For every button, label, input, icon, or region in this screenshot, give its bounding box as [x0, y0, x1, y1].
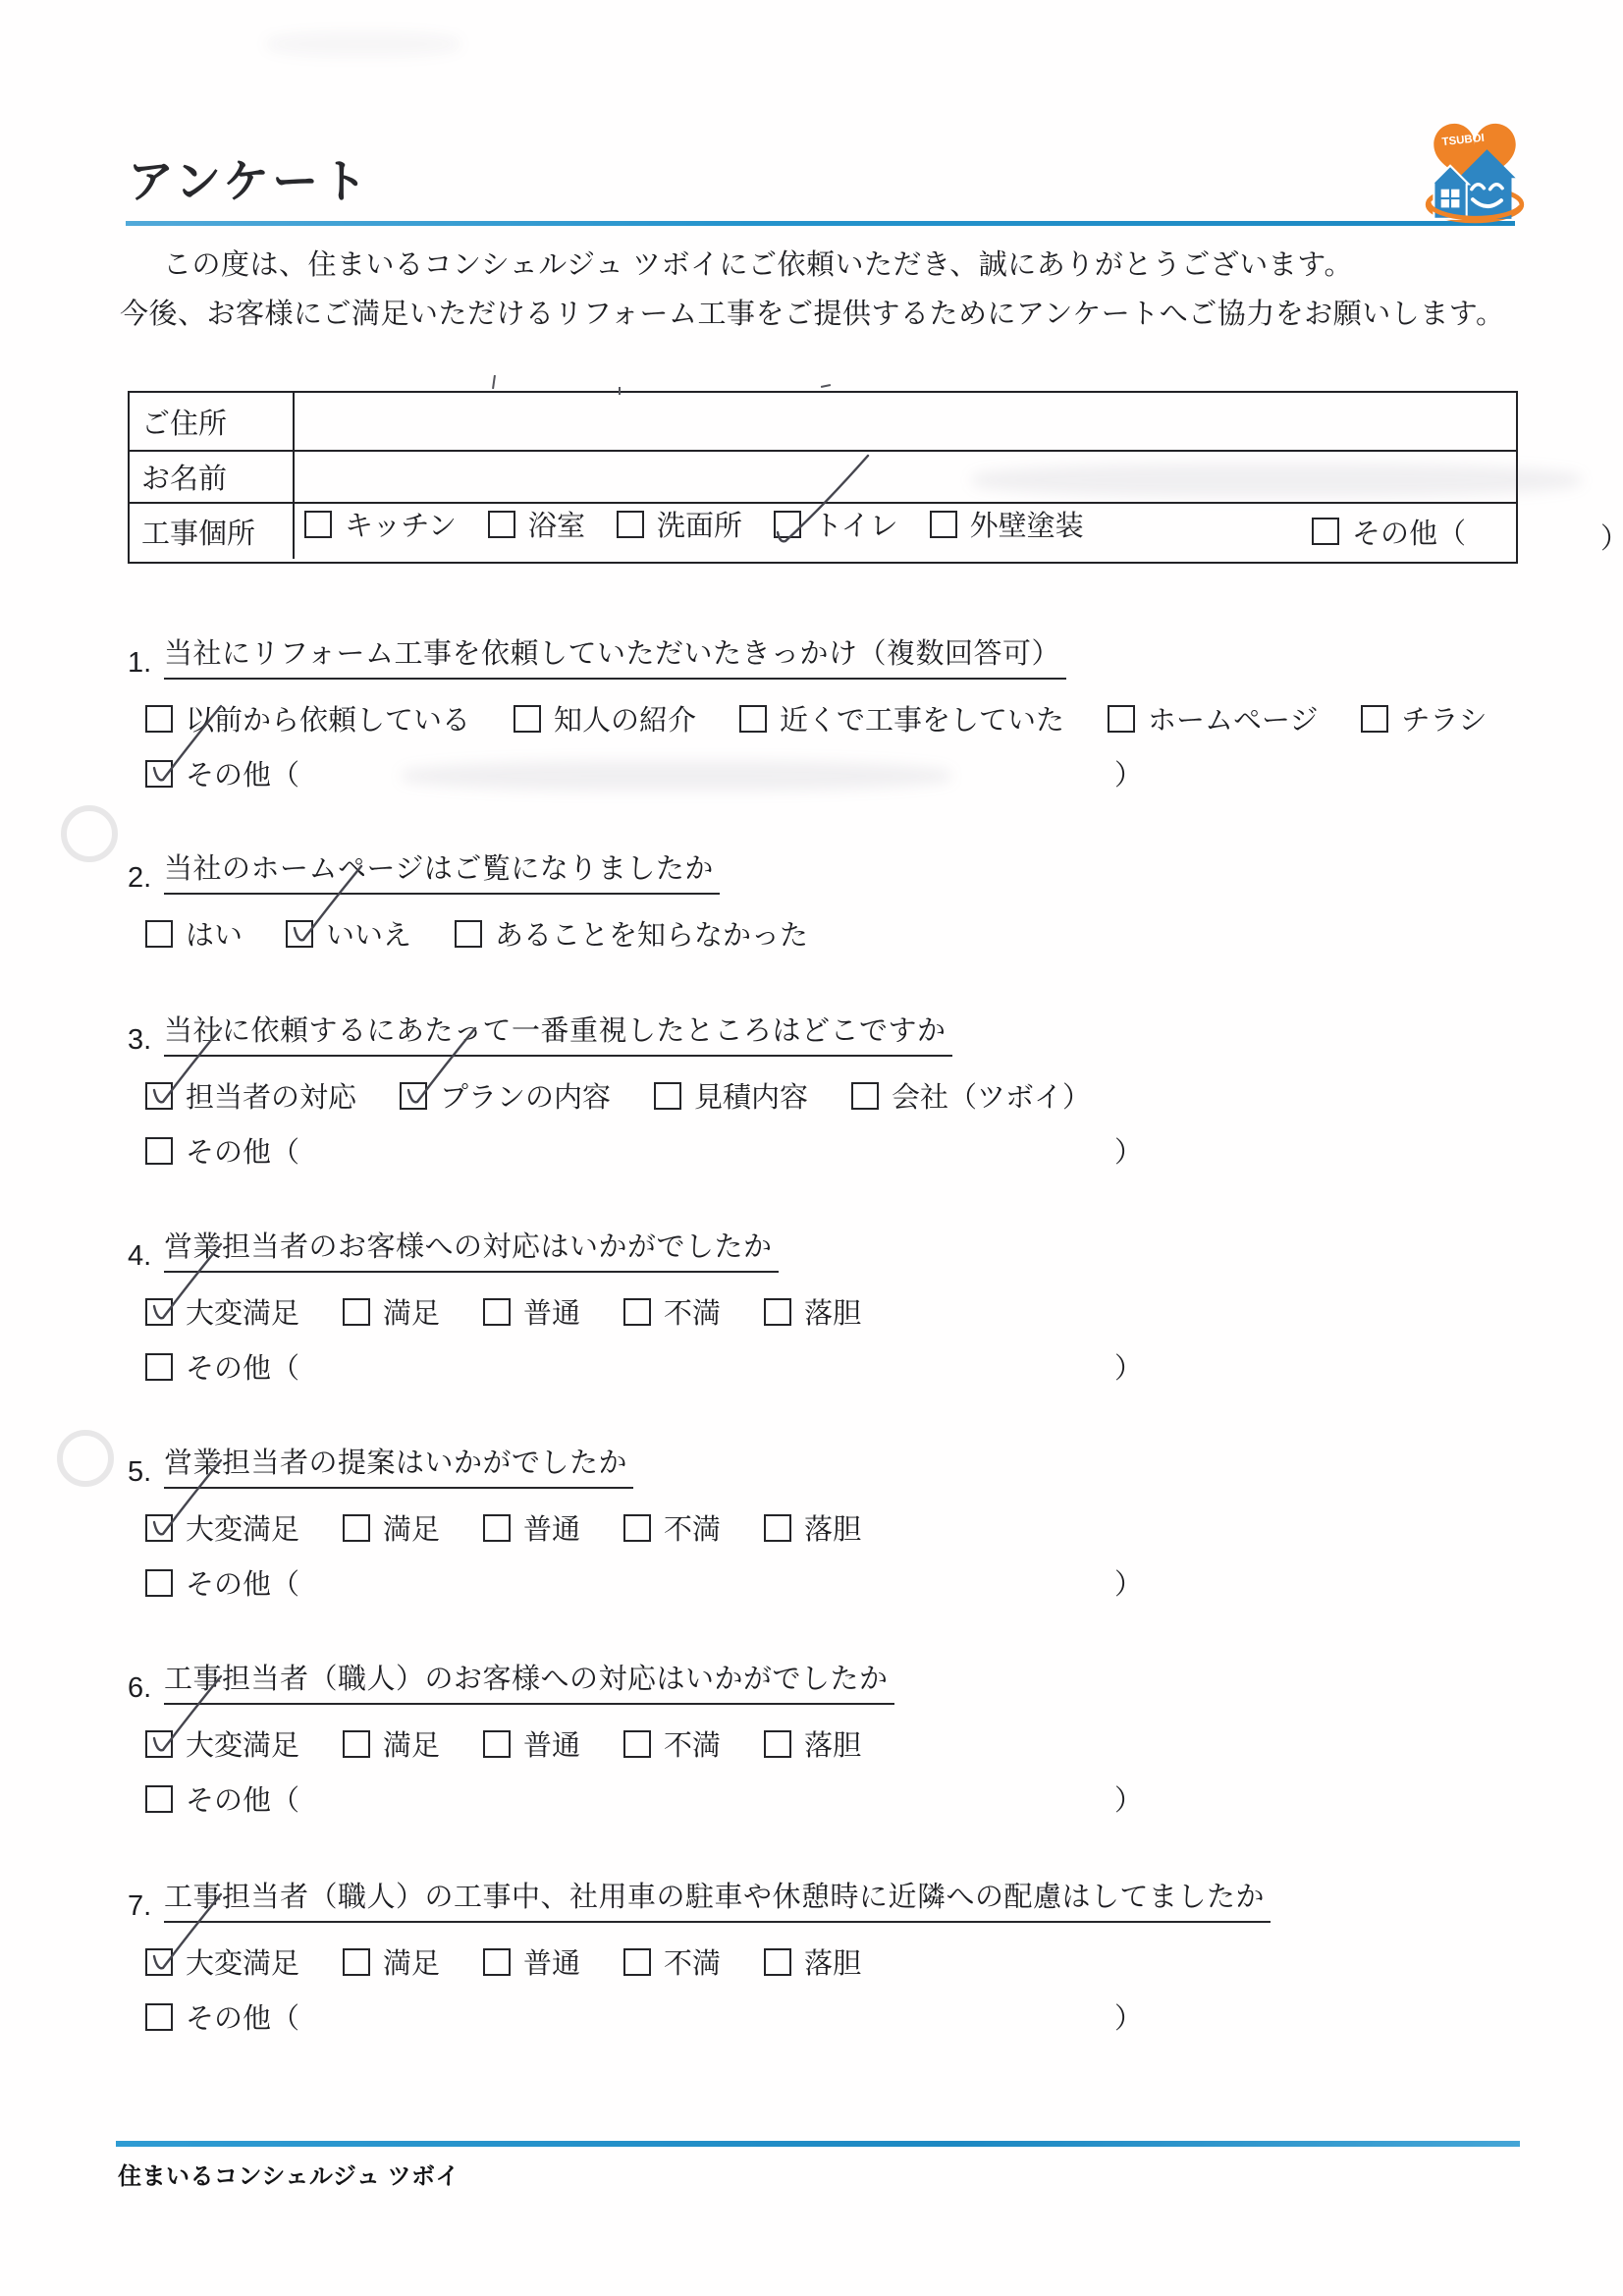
question-title: 5. 営業担当者の提案はいかがでしたか: [128, 1441, 1532, 1489]
option-label: 満足: [383, 1941, 440, 1982]
checkbox-option: 会社（ツボイ）: [851, 1075, 1091, 1116]
checkbox-option: 見積内容: [654, 1075, 808, 1116]
other-close-paren: ）: [1114, 1562, 1143, 1603]
punch-hole-artifact: [61, 805, 118, 862]
checkbox[interactable]: [617, 511, 644, 538]
checkbox-option: はい: [145, 913, 243, 954]
intro-line-2: 今後、お客様にご満足いただけるリフォーム工事をご提供するためにアンケートへご協力…: [120, 292, 1505, 332]
checkbox-option: 大変満足: [145, 1723, 299, 1764]
checkbox[interactable]: [145, 1569, 173, 1597]
question-title: 3. 当社に依頼するにあたって一番重視したところはどこですか: [128, 1009, 1532, 1057]
other-close-paren: ）: [1114, 753, 1143, 793]
checkbox[interactable]: [343, 1730, 370, 1758]
other-close-paren: ）: [1114, 1778, 1143, 1819]
question-title: 1. 当社にリフォーム工事を依頼していただいたきっかけ（複数回答可）: [128, 631, 1532, 680]
checkbox-option: 大変満足: [145, 1507, 299, 1548]
erased-writing-artifact: [402, 761, 951, 791]
checkbox-option: 大変満足: [145, 1941, 299, 1982]
checkbox-option: 大変満足: [145, 1291, 299, 1332]
checkbox[interactable]: [514, 705, 541, 733]
work-option-label: 外壁塗装: [970, 504, 1084, 544]
checkbox[interactable]: [930, 511, 957, 538]
work-option: 外壁塗装: [930, 504, 1084, 544]
work-option: キッチン: [304, 504, 457, 544]
checkbox[interactable]: [145, 1730, 173, 1758]
other-option-row: その他（ ）: [145, 1132, 1532, 1169]
option-label: 見積内容: [694, 1075, 808, 1116]
toilet-check-mark: [766, 444, 893, 557]
work-option-label: 洗面所: [657, 504, 742, 544]
other-label: その他（: [186, 1130, 299, 1171]
checkbox-option: その他（: [145, 1346, 299, 1387]
checkbox-option: 満足: [343, 1723, 440, 1764]
checkbox-option: 落胆: [764, 1941, 861, 1982]
checkbox[interactable]: [654, 1082, 681, 1110]
work-other-close-paren: ）: [1600, 517, 1623, 557]
checkbox[interactable]: [343, 1948, 370, 1976]
other-label: その他（: [186, 1996, 299, 2037]
question-7: 7. 工事担当者（職人）の工事中、社用車の駐車や休憩時に近隣への配慮はしてました…: [128, 1875, 1532, 2035]
option-label: 普通: [523, 1291, 580, 1332]
erased-writing-artifact: [972, 464, 1581, 497]
option-label: 落胆: [804, 1507, 861, 1548]
other-close-paren: ）: [1114, 1130, 1143, 1171]
address-label: ご住所: [130, 393, 295, 452]
checkbox-option: 不満: [623, 1291, 721, 1332]
footer-company-name: 住まいるコンシェルジュ ツボイ: [118, 2157, 460, 2191]
question-options: 大変満足 満足 普通: [145, 1943, 1532, 1980]
work-option: 浴室: [488, 504, 585, 544]
checkbox-option: 落胆: [764, 1723, 861, 1764]
checkbox[interactable]: [145, 1298, 173, 1326]
other-close-paren: ）: [1114, 1346, 1143, 1387]
checkbox-option: あることを知らなかった: [455, 913, 808, 954]
checkbox-option: その他（: [145, 753, 299, 793]
work-option-label: 浴室: [528, 504, 585, 544]
checkbox-option: 不満: [623, 1941, 721, 1982]
checkbox-option: 不満: [623, 1507, 721, 1548]
checkbox[interactable]: [739, 705, 767, 733]
question-options: 以前から依頼している 知人の紹介 近くで工事をしていた: [145, 700, 1532, 737]
footer-rule: [116, 2141, 1520, 2147]
question-options: 大変満足 満足 普通: [145, 1509, 1532, 1546]
work-location-label: 工事個所: [130, 504, 295, 559]
option-label: 不満: [664, 1723, 721, 1764]
checkbox[interactable]: [145, 1137, 173, 1165]
name-input-area[interactable]: [295, 452, 1516, 504]
other-option-row: その他（ ）: [145, 1780, 1532, 1817]
checkbox-option: 普通: [483, 1507, 580, 1548]
checkbox[interactable]: [343, 1514, 370, 1542]
checkbox-option: チラシ: [1361, 698, 1487, 738]
question-number: 2.: [128, 862, 164, 895]
question-options: 大変満足 満足 普通: [145, 1725, 1532, 1762]
work-option: 洗面所: [617, 504, 742, 544]
other-input-area[interactable]: [343, 1136, 1071, 1166]
checkbox[interactable]: [145, 1082, 173, 1110]
checkbox[interactable]: [488, 511, 515, 538]
checkbox-option: 満足: [343, 1291, 440, 1332]
other-option-row: その他（ ）: [145, 1564, 1532, 1601]
other-option-row: その他（ ）: [145, 1998, 1532, 2035]
checkbox[interactable]: [483, 1948, 511, 1976]
punch-hole-artifact: [57, 1430, 114, 1487]
check-mark: [142, 1019, 231, 1116]
checkbox[interactable]: [764, 1948, 791, 1976]
question-number: 1.: [128, 647, 164, 680]
option-label: 普通: [523, 1507, 580, 1548]
option-label: 満足: [383, 1507, 440, 1548]
checkbox[interactable]: [851, 1082, 879, 1110]
option-label: 落胆: [804, 1291, 861, 1332]
header-rule: [126, 221, 1515, 226]
checkbox[interactable]: [145, 2003, 173, 2031]
checkbox-option: その他（: [145, 1778, 299, 1819]
check-mark: [283, 857, 371, 954]
question-options: 大変満足 満足 普通: [145, 1293, 1532, 1330]
checkbox[interactable]: [343, 1298, 370, 1326]
check-mark: [142, 1886, 231, 1982]
question-3: 3. 当社に依頼するにあたって一番重視したところはどこですか 担当者の対応 プラ…: [128, 1009, 1532, 1169]
option-label: 普通: [523, 1723, 580, 1764]
question-title: 7. 工事担当者（職人）の工事中、社用車の駐車や休憩時に近隣への配慮はしてました…: [128, 1875, 1532, 1923]
checkbox-option: いいえ: [286, 913, 411, 954]
question-title: 4. 営業担当者のお客様への対応はいかがでしたか: [128, 1225, 1532, 1273]
scanned-survey-page: アンケート TSUBOI この度は、住まいるコンシェルジュ ツボイにご依頼いただ…: [0, 0, 1623, 2296]
option-label: 不満: [664, 1291, 721, 1332]
name-label: お名前: [130, 452, 295, 504]
address-input-area[interactable]: [295, 393, 1516, 452]
checkbox[interactable]: [764, 1298, 791, 1326]
other-label: その他（: [186, 1346, 299, 1387]
checkbox[interactable]: [145, 1353, 173, 1381]
checkbox[interactable]: [483, 1514, 511, 1542]
intro-line-1: この度は、住まいるコンシェルジュ ツボイにご依頼いただき、誠にありがとうございま…: [163, 243, 1353, 283]
option-label: 普通: [523, 1941, 580, 1982]
option-label: ホームページ: [1148, 698, 1318, 738]
option-label: 満足: [383, 1291, 440, 1332]
option-label: 会社（ツボイ）: [892, 1075, 1091, 1116]
checkbox-option: その他（: [145, 1130, 299, 1171]
checkbox[interactable]: [764, 1514, 791, 1542]
option-label: 不満: [664, 1507, 721, 1548]
stray-pen-mark: [492, 375, 496, 389]
check-mark: [142, 1235, 231, 1332]
option-label: はい: [186, 913, 243, 954]
question-6: 6. 工事担当者（職人）のお客様への対応はいかがでしたか 大変満足 満足: [128, 1657, 1532, 1817]
checkbox-option: 満足: [343, 1941, 440, 1982]
checkbox[interactable]: [483, 1730, 511, 1758]
option-label: 不満: [664, 1941, 721, 1982]
question-title: 6. 工事担当者（職人）のお客様への対応はいかがでしたか: [128, 1657, 1532, 1705]
checkbox[interactable]: [623, 1514, 651, 1542]
checkbox-option: その他（: [145, 1996, 299, 2037]
tsuboi-company-logo: TSUBOI: [1424, 114, 1526, 230]
option-label: 満足: [383, 1723, 440, 1764]
checkbox-option: 普通: [483, 1723, 580, 1764]
checkbox-option: 近くで工事をしていた: [739, 698, 1064, 738]
checkbox[interactable]: [623, 1730, 651, 1758]
work-other-option: その他（: [1312, 504, 1466, 559]
checkbox-option: 満足: [343, 1507, 440, 1548]
work-other-label: その他（: [1352, 512, 1466, 552]
checkbox[interactable]: [286, 920, 313, 948]
checkbox-option: 担当者の対応: [145, 1075, 356, 1116]
checkbox[interactable]: [623, 1298, 651, 1326]
other-input-area[interactable]: [343, 1352, 1071, 1382]
page-title: アンケート: [128, 145, 370, 211]
check-mark: [142, 1667, 231, 1764]
option-label: あることを知らなかった: [495, 913, 808, 954]
other-label: その他（: [186, 1778, 299, 1819]
checkbox-option: 普通: [483, 1941, 580, 1982]
question-4: 4. 営業担当者のお客様への対応はいかがでしたか 大変満足 満足: [128, 1225, 1532, 1385]
checkbox-option: 普通: [483, 1291, 580, 1332]
check-mark: [397, 1019, 485, 1116]
checkbox[interactable]: [623, 1948, 651, 1976]
other-input-area[interactable]: [343, 2002, 1071, 2032]
checkbox[interactable]: [145, 1948, 173, 1976]
question-5: 5. 営業担当者の提案はいかがでしたか 大変満足 満足: [128, 1441, 1532, 1601]
option-label: 近くで工事をしていた: [780, 698, 1064, 738]
checkbox[interactable]: [1361, 705, 1388, 733]
option-label: 落胆: [804, 1941, 861, 1982]
other-input-area[interactable]: [343, 1784, 1071, 1814]
checkbox-option: ホームページ: [1108, 698, 1318, 738]
other-option-row: その他（ ）: [145, 1348, 1532, 1385]
checkbox[interactable]: [145, 1514, 173, 1542]
checkbox[interactable]: [764, 1730, 791, 1758]
checkbox[interactable]: [483, 1298, 511, 1326]
other-input-area[interactable]: [343, 1568, 1071, 1598]
checkbox-option: プランの内容: [400, 1075, 611, 1116]
checkbox[interactable]: [455, 920, 482, 948]
checkbox-option: その他（: [145, 1562, 299, 1603]
stray-pen-mark: [821, 384, 831, 388]
checkbox[interactable]: [145, 920, 173, 948]
checkbox[interactable]: [145, 1785, 173, 1813]
option-label: 落胆: [804, 1723, 861, 1764]
check-mark: [142, 697, 231, 793]
checkbox[interactable]: [145, 760, 173, 788]
option-label: 知人の紹介: [554, 698, 696, 738]
other-input-area[interactable]: [343, 759, 1071, 789]
option-label: チラシ: [1401, 698, 1487, 738]
work-location-row: キッチン 浴室 洗面所 トイレ: [295, 504, 1516, 559]
checkbox-option: 落胆: [764, 1291, 861, 1332]
other-option-row: その他（ ）: [145, 755, 1532, 792]
checkbox[interactable]: [400, 1082, 427, 1110]
stray-pen-mark: [619, 387, 621, 395]
check-mark: [142, 1451, 231, 1548]
checkbox-option: 知人の紹介: [514, 698, 696, 738]
checkbox[interactable]: [1108, 705, 1135, 733]
checkbox[interactable]: [1312, 518, 1339, 545]
work-option-label: キッチン: [345, 504, 457, 544]
checkbox[interactable]: [304, 511, 332, 538]
checkbox-option: 落胆: [764, 1507, 861, 1548]
other-label: その他（: [186, 1562, 299, 1603]
question-options: 担当者の対応 プランの内容 見積内容: [145, 1077, 1532, 1114]
question-2: 2. 当社のホームページはご覧になりましたか はい いいえ: [128, 847, 1532, 952]
question-options: はい いいえ あることを知らなかった: [145, 915, 1532, 952]
checkbox-option: 不満: [623, 1723, 721, 1764]
erased-writing-artifact: [265, 31, 461, 57]
other-close-paren: ）: [1114, 1996, 1143, 2037]
question-1: 1. 当社にリフォーム工事を依頼していただいたきっかけ（複数回答可） 以前から依…: [128, 631, 1532, 792]
